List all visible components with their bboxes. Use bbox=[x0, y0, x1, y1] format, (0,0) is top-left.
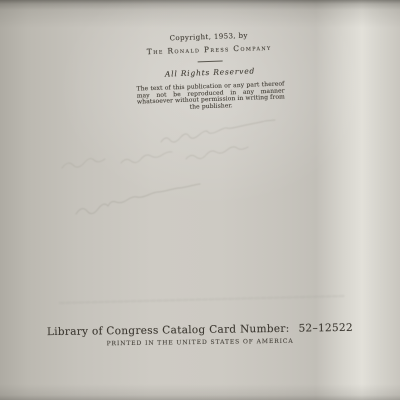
divider-rule bbox=[197, 61, 222, 63]
showthrough-script-line-2c bbox=[186, 147, 248, 159]
publisher-name: The Ronald Press Company bbox=[109, 42, 309, 58]
showthrough-script-line-1 bbox=[161, 120, 275, 142]
showthrough-script-line-2a bbox=[62, 159, 105, 168]
book-copyright-page-photo: Copyright, 1953, by The Ronald Press Com… bbox=[0, 0, 400, 400]
library-of-congress-label: Library of Congress Catalog Card Number: bbox=[47, 323, 290, 338]
reproduction-notice: The text of this publication or any part… bbox=[136, 81, 285, 113]
copyright-block: Copyright, 1953, by The Ronald Press Com… bbox=[109, 30, 312, 115]
footer-block: Library of Congress Catalog Card Number:… bbox=[0, 321, 400, 349]
catalog-card-number: 52–12522 bbox=[298, 322, 353, 335]
showthrough-print-row bbox=[60, 296, 345, 303]
printed-in-usa-line: PRINTED IN THE UNITED STATES OF AMERICA bbox=[0, 336, 400, 349]
showthrough-script-line-2b bbox=[121, 152, 172, 163]
showthrough-script-line-3 bbox=[76, 184, 200, 214]
rights-reserved-line: All Rights Reserved bbox=[110, 65, 310, 81]
